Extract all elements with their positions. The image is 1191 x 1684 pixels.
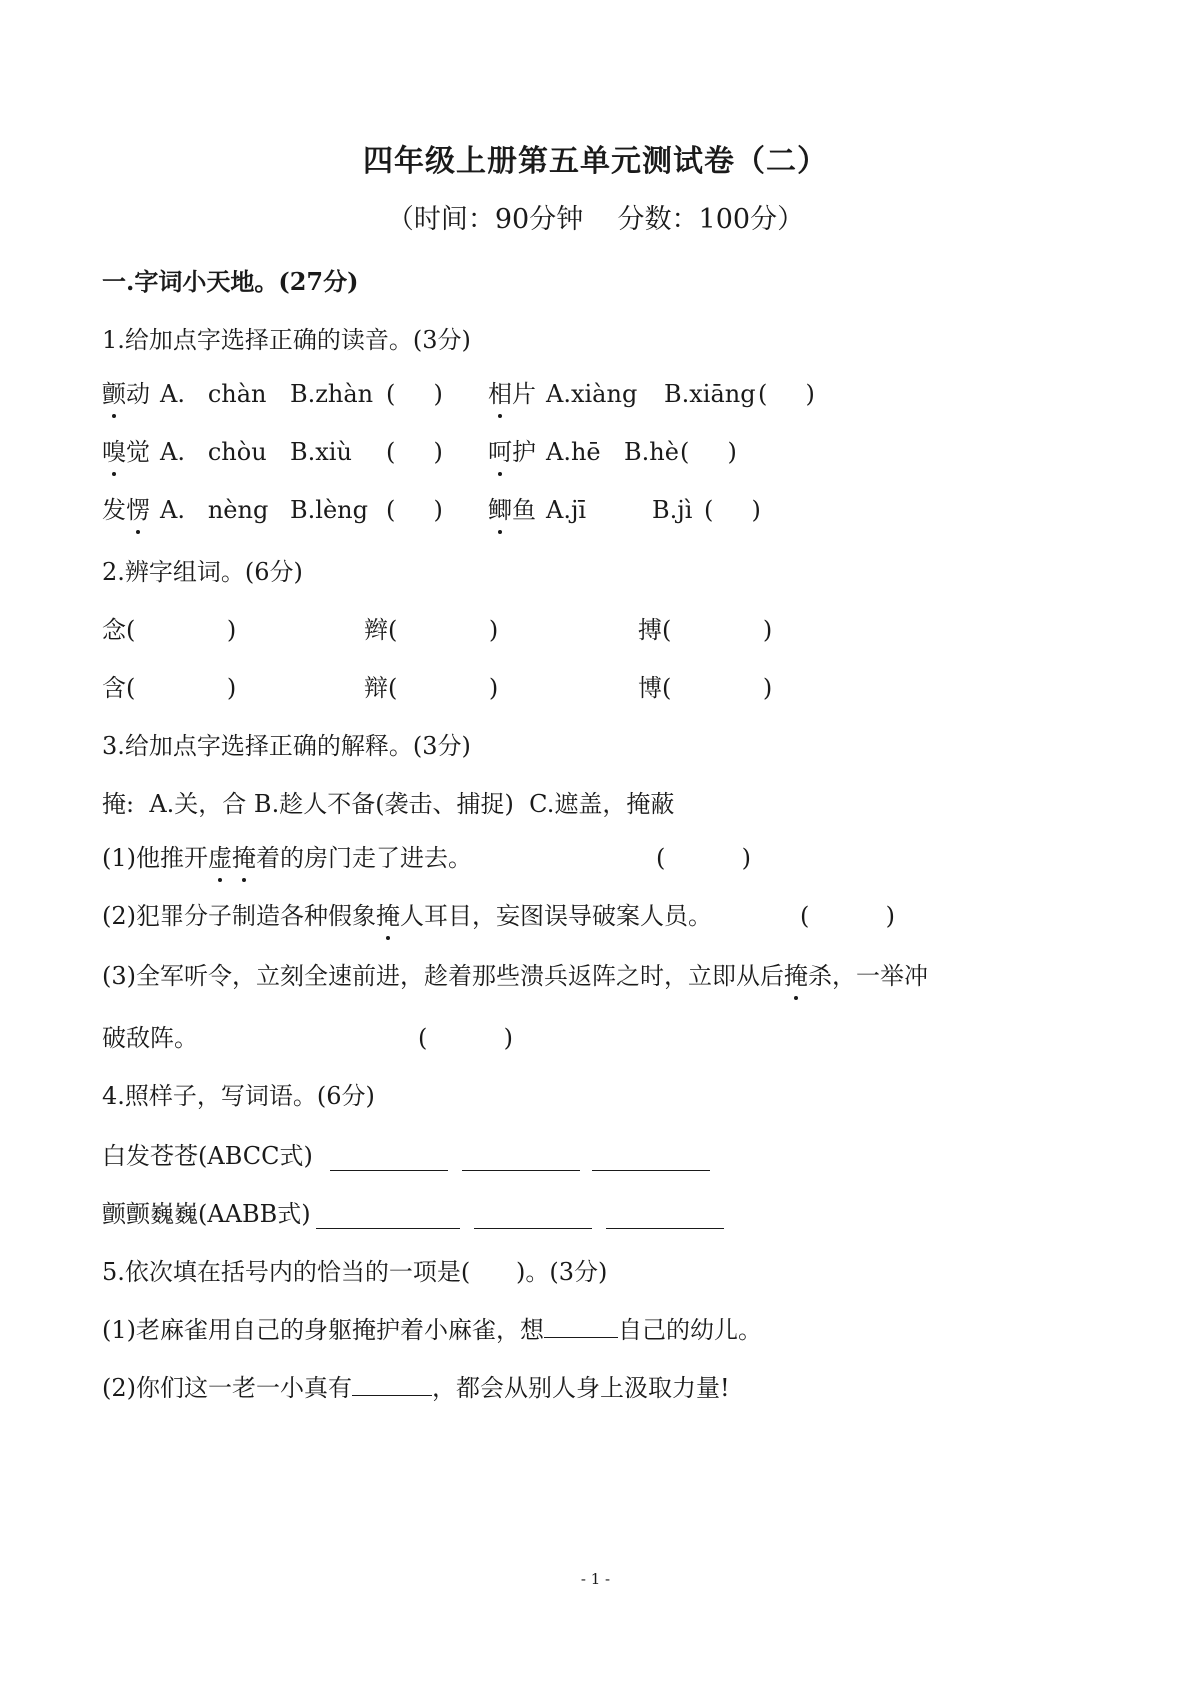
q3-options: 掩: A.关，合 B.趁人不备(袭击、捕捉) C.遮盖，掩蔽 — [102, 788, 674, 820]
q3-sentence-3-cont: 破敌阵。 — [102, 1022, 198, 1054]
q2-blank[interactable]: 博( ) — [638, 672, 772, 704]
q1-option-b: B.zhàn — [290, 378, 373, 410]
q4-answer-blank[interactable] — [474, 1206, 592, 1229]
q4-answer-blank[interactable] — [592, 1148, 710, 1171]
q4-prompt: 4.照样子，写词语。(6分) — [102, 1080, 375, 1112]
q3-prompt: 3.给加点字选择正确的解释。(3分) — [102, 730, 471, 762]
q1-option-b: B.xiāng — [664, 378, 756, 410]
q2-blank[interactable]: 搏( ) — [638, 614, 772, 646]
q3-sentence-3: (3)全军听令，立刻全速前进，趁着那些溃兵返阵之时，立即从后掩杀，一举冲 — [102, 960, 928, 992]
q4-answer-blank[interactable] — [462, 1148, 580, 1171]
q1-answer-paren[interactable]: ( ) — [386, 436, 443, 468]
q1-answer-paren[interactable]: ( ) — [704, 494, 761, 526]
q3-answer-paren[interactable]: ( ) — [418, 1022, 513, 1054]
q5-prompt: 5.依次填在括号内的恰当的一项是( )。(3分) — [102, 1256, 607, 1288]
q4-row-aabb: 颤颤巍巍(AABB式) — [102, 1198, 311, 1230]
q1-option-b: B.hè — [624, 436, 679, 468]
q1-option-a: A. nèng — [160, 494, 268, 526]
q2-prompt: 2.辨字组词。(6分) — [102, 556, 303, 588]
q3-answer-paren[interactable]: ( ) — [656, 842, 751, 874]
q2-blank[interactable]: 念( ) — [102, 614, 236, 646]
q5-sentence-2: (2)你们这一老一小真有，都会从别人身上汲取力量! — [102, 1372, 730, 1404]
q1-answer-paren[interactable]: ( ) — [386, 494, 443, 526]
q1-item-word: 相片 — [488, 378, 536, 410]
q5-answer-blank[interactable] — [352, 1373, 432, 1396]
exam-info: （时间：90分钟 分数：100分） — [0, 204, 1191, 236]
q1-option-a: A. chòu — [160, 436, 267, 468]
q3-sentence-1: (1)他推开虚掩着的房门走了进去。 — [102, 842, 472, 874]
q2-blank[interactable]: 辫( ) — [364, 614, 498, 646]
q1-prompt: 1.给加点字选择正确的读音。(3分) — [102, 324, 471, 356]
q1-answer-paren[interactable]: ( ) — [758, 378, 815, 410]
q1-answer-paren[interactable]: ( ) — [386, 378, 443, 410]
q1-option-b: B.jì — [652, 494, 692, 526]
section-heading: 一.字词小天地。(27分) — [102, 266, 358, 298]
q1-answer-paren[interactable]: ( ) — [680, 436, 737, 468]
q1-item-word: 发愣 — [102, 494, 150, 526]
q2-blank[interactable]: 辩( ) — [364, 672, 498, 704]
q1-option-a: A.jī — [546, 494, 586, 526]
q5-sentence-1: (1)老麻雀用自己的身躯掩护着小麻雀，想自己的幼儿。 — [102, 1314, 762, 1346]
q1-option-a: A. chàn — [160, 378, 267, 410]
page-title: 四年级上册第五单元测试卷（二） — [0, 146, 1191, 178]
q5-answer-blank[interactable] — [544, 1315, 618, 1338]
q1-option-b: B.xiù — [290, 436, 352, 468]
q4-row-abcc: 白发苍苍(ABCC式) — [102, 1140, 313, 1172]
q1-option-a: A.hē — [546, 436, 601, 468]
q3-sentence-2: (2)犯罪分子制造各种假象掩人耳目，妄图误导破案人员。 — [102, 900, 712, 932]
q1-item-word: 呵护 — [488, 436, 536, 468]
q1-item-word: 嗅觉 — [102, 436, 150, 468]
q4-answer-blank[interactable] — [330, 1148, 448, 1171]
q1-option-b: B.lèng — [290, 494, 368, 526]
q2-blank[interactable]: 含( ) — [102, 672, 236, 704]
q3-answer-paren[interactable]: ( ) — [800, 900, 895, 932]
q4-answer-blank[interactable] — [316, 1206, 460, 1229]
q1-item-word: 鲫鱼 — [488, 494, 536, 526]
page-number: - 1 - — [0, 1570, 1191, 1588]
q1-option-a: A.xiàng — [546, 378, 637, 410]
q1-item-word: 颤动 — [102, 378, 150, 410]
q4-answer-blank[interactable] — [606, 1206, 724, 1229]
